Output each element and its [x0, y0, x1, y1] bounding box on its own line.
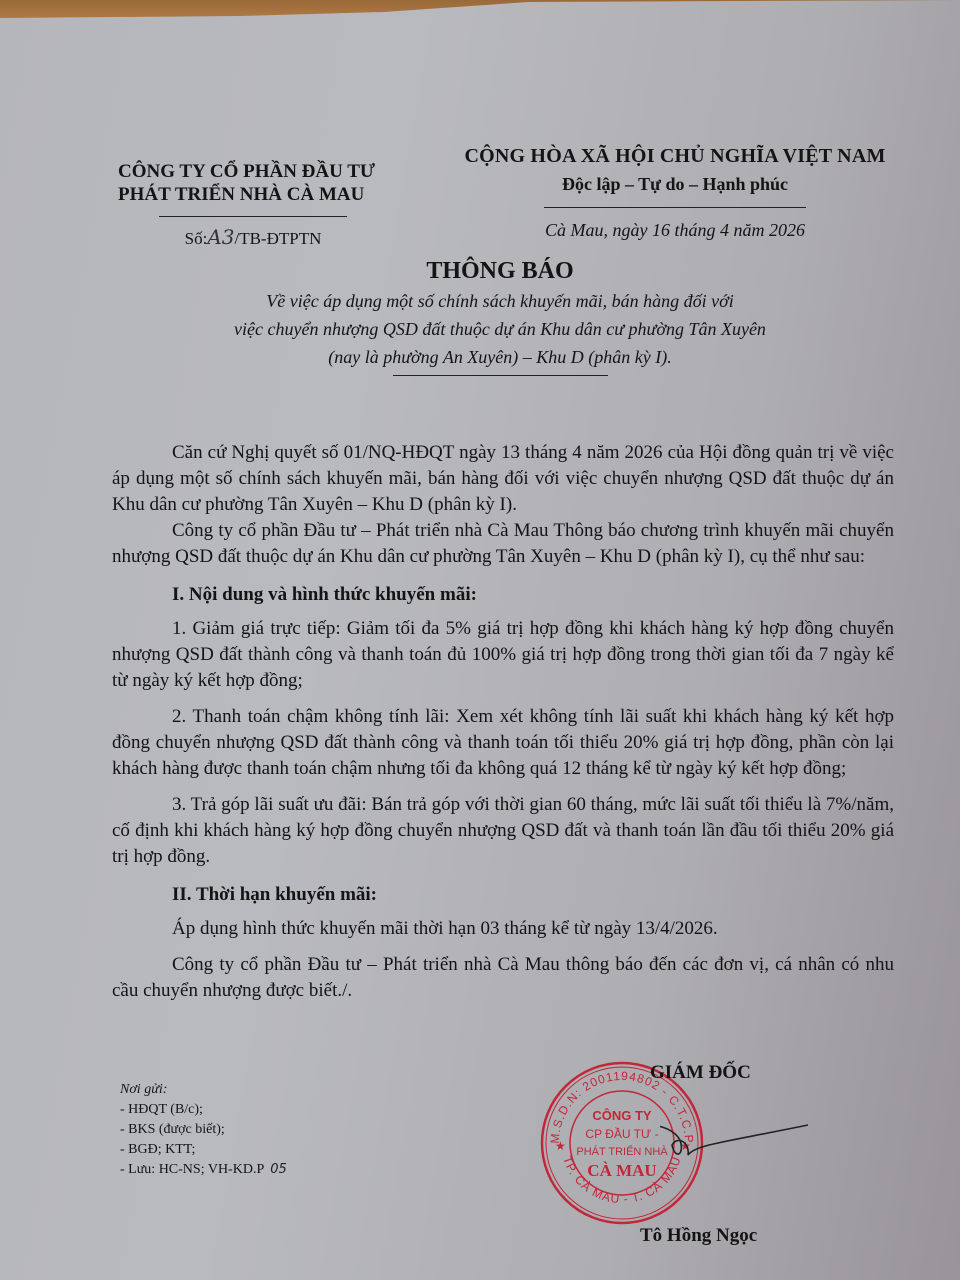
document-body: Căn cứ Nghị quyết số 01/NQ-HĐQT ngày 13 … [112, 440, 894, 1004]
nation-title: CỘNG HÒA XÃ HỘI CHỦ NGHĨA VIỆT NAM [450, 145, 900, 168]
section2-heading: II. Thời hạn khuyến mãi: [112, 882, 894, 908]
handwritten-mark: 05 [270, 1162, 287, 1177]
document-number-prefix: Số: [185, 229, 208, 248]
svg-text:★: ★ [555, 1139, 566, 1153]
intro-paragraph: Công ty cổ phần Đầu tư – Phát triển nhà … [112, 518, 894, 570]
promotion-item: 2. Thanh toán chậm không tính lãi: Xem x… [112, 704, 894, 782]
document-page: CÔNG TY CỔ PHẦN ĐẦU TƯ PHÁT TRIỂN NHÀ CÀ… [0, 0, 960, 1280]
section1-heading: I. Nội dung và hình thức khuyến mãi: [112, 582, 894, 608]
recipient-item: - BKS (được biết); [120, 1120, 287, 1140]
basis-paragraph: Căn cứ Nghị quyết số 01/NQ-HĐQT ngày 13 … [112, 440, 894, 518]
signer-role: GIÁM ĐỐC [650, 1062, 751, 1084]
svg-text:CÀ MAU: CÀ MAU [587, 1161, 656, 1180]
recipient-item: - Lưu: HC-NS; VH-KD.P05 [120, 1160, 287, 1180]
document-number-suffix: /TB-ĐTPTN [234, 229, 321, 248]
recipients-list: Nơi gửi: - HĐQT (B/c); - BKS (được biết)… [120, 1080, 287, 1180]
organization-name-line1: CÔNG TY CỔ PHẦN ĐẦU TƯ [118, 160, 388, 183]
svg-text:CP ĐẦU TƯ -: CP ĐẦU TƯ - [585, 1126, 658, 1141]
national-header: CỘNG HÒA XÃ HỘI CHỦ NGHĨA VIỆT NAM Độc l… [450, 145, 900, 241]
title-block: THÔNG BÁO Về việc áp dụng một số chính s… [150, 258, 850, 376]
document-number: Số:A3/TB-ĐTPTN [118, 225, 388, 249]
recipient-item: - HĐQT (B/c); [120, 1100, 287, 1120]
title-divider [393, 375, 608, 376]
handwritten-signature [660, 1115, 810, 1175]
recipient-item: - BGĐ; KTT; [120, 1140, 287, 1160]
svg-text:PHÁT TRIỂN NHÀ: PHÁT TRIỂN NHÀ [576, 1145, 668, 1158]
organization-header: CÔNG TY CỔ PHẦN ĐẦU TƯ PHÁT TRIỂN NHÀ CÀ… [118, 160, 388, 249]
promotion-item: 3. Trả góp lãi suất ưu đãi: Bán trả góp … [112, 792, 894, 870]
svg-text:CÔNG TY: CÔNG TY [592, 1108, 652, 1123]
promotion-item: 1. Giảm giá trực tiếp: Giảm tối đa 5% gi… [112, 616, 894, 694]
date-line: Cà Mau, ngày 16 tháng 4 năm 2026 [450, 220, 900, 241]
document-subtitle-2: việc chuyển nhượng QSD đất thuộc dự án K… [150, 317, 850, 341]
signer-name: Tô Hồng Ngọc [640, 1225, 757, 1247]
header-divider [159, 216, 347, 217]
document-subtitle-1: Về việc áp dụng một số chính sách khuyến… [150, 289, 850, 313]
section2-text: Áp dụng hình thức khuyến mãi thời hạn 03… [112, 916, 894, 942]
recipient-item-text: - Lưu: HC-NS; VH-KD.P [120, 1162, 264, 1177]
recipients-label: Nơi gửi: [120, 1080, 287, 1100]
nation-motto: Độc lập – Tự do – Hạnh phúc [450, 174, 900, 195]
document-title: THÔNG BÁO [150, 258, 850, 285]
motto-divider [544, 207, 806, 208]
document-subtitle-3: (nay là phường An Xuyên) – Khu D (phân k… [150, 345, 850, 369]
closing-paragraph: Công ty cổ phần Đầu tư – Phát triển nhà … [112, 952, 894, 1004]
organization-name-line2: PHÁT TRIỂN NHÀ CÀ MAU [118, 183, 388, 206]
document-number-handwritten: A3 [207, 225, 234, 249]
